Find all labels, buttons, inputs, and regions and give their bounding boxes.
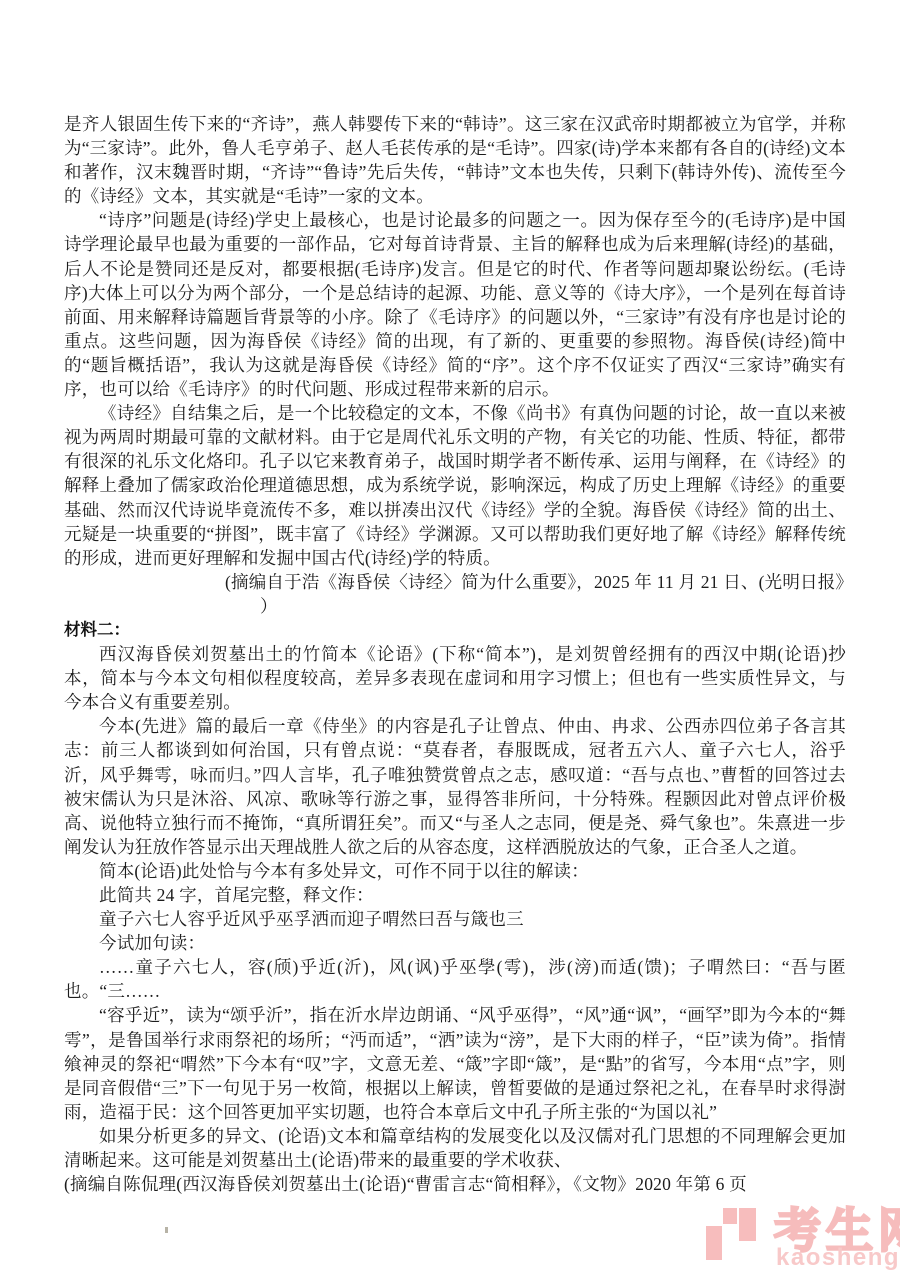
paragraph: “容乎近”，读为“颂乎沂”，指在沂水岸边朗诵、“风乎巫得”，“风”通“讽”，“画… xyxy=(64,1003,846,1123)
paragraph: 《诗经》自结集之后，是一个比较稳定的文本，不像《尚书》有真伪问题的讨论，故一直以… xyxy=(64,401,846,570)
exam-passage-page: 是齐人银固生传下来的“齐诗”，燕人韩婴传下来的“韩诗”。这三家在汉武帝时期都被立… xyxy=(64,112,846,1196)
kaosheng-logo-icon xyxy=(704,1206,768,1264)
material-1-attribution-close-paren: ） xyxy=(64,594,846,618)
paragraph: 是齐人银固生传下来的“齐诗”，燕人韩婴传下来的“韩诗”。这三家在汉武帝时期都被立… xyxy=(64,112,846,208)
paragraph: 童子六七人容乎近风乎巫孚洒而迎子喟然曰吾与箴也三 xyxy=(64,907,846,931)
paragraph: “诗序”问题是(诗经)学史上最核心，也是讨论最多的问题之一。因为保存至今的(毛诗… xyxy=(64,208,846,401)
scan-artifact-speck xyxy=(165,1227,168,1233)
paragraph: 如果分析更多的异文、(论语)文本和篇章结构的发展变化以及汉儒对孔门思想的不同理解… xyxy=(64,1124,846,1172)
material-1-section: 是齐人银固生传下来的“齐诗”，燕人韩婴传下来的“韩诗”。这三家在汉武帝时期都被立… xyxy=(64,112,846,618)
material-2-heading: 材料二： xyxy=(64,618,846,642)
watermark-site-domain: kaosheng.com xyxy=(776,1244,900,1272)
material-1-paragraphs: 是齐人银固生传下来的“齐诗”，燕人韩婴传下来的“韩诗”。这三家在汉武帝时期都被立… xyxy=(64,112,846,570)
material-2-section: 材料二： 西汉海昏侯刘贺墓出土的竹简本《论语》(下称“简本”)，是刘贺曾经拥有的… xyxy=(64,618,846,1196)
logo-block xyxy=(723,1208,737,1224)
paragraph: 今本(先进》篇的最后一章《侍坐》的内容是孔子让曾点、仲由、冉求、公西赤四位弟子各… xyxy=(64,714,846,859)
kaosheng-watermark: 考生网 kaosheng.com xyxy=(704,1198,900,1273)
paragraph: 西汉海昏侯刘贺墓出土的竹简本《论语》(下称“简本”)，是刘贺曾经拥有的西汉中期(… xyxy=(64,642,846,714)
watermark-site-name: 考生网 xyxy=(774,1194,900,1261)
material-1-attribution: (摘编自于浩《海昏侯〈诗经〉简为什么重要》，2025 年 11 月 21 日、(… xyxy=(64,570,846,594)
paragraph: 简本(论语)此处恰与今本有多处异文，可作不同于以往的解读： xyxy=(64,859,846,883)
paragraph: 此简共 24 字，首尾完整，释文作： xyxy=(64,883,846,907)
logo-block xyxy=(739,1208,756,1241)
paragraph: ……童子六七人，容(颀)乎近(沂)，风(讽)乎巫學(雩)，涉(滂)而适(馈)；子… xyxy=(64,955,846,1003)
material-2-attribution: (摘编自陈侃理(西汉海昏侯刘贺墓出土(论语)“曹雷言志“简相释》，《文物》202… xyxy=(64,1172,846,1196)
material-2-paragraphs: 西汉海昏侯刘贺墓出土的竹简本《论语》(下称“简本”)，是刘贺曾经拥有的西汉中期(… xyxy=(64,642,846,1172)
paragraph: 今试加句读： xyxy=(64,931,846,955)
logo-block xyxy=(706,1226,722,1260)
